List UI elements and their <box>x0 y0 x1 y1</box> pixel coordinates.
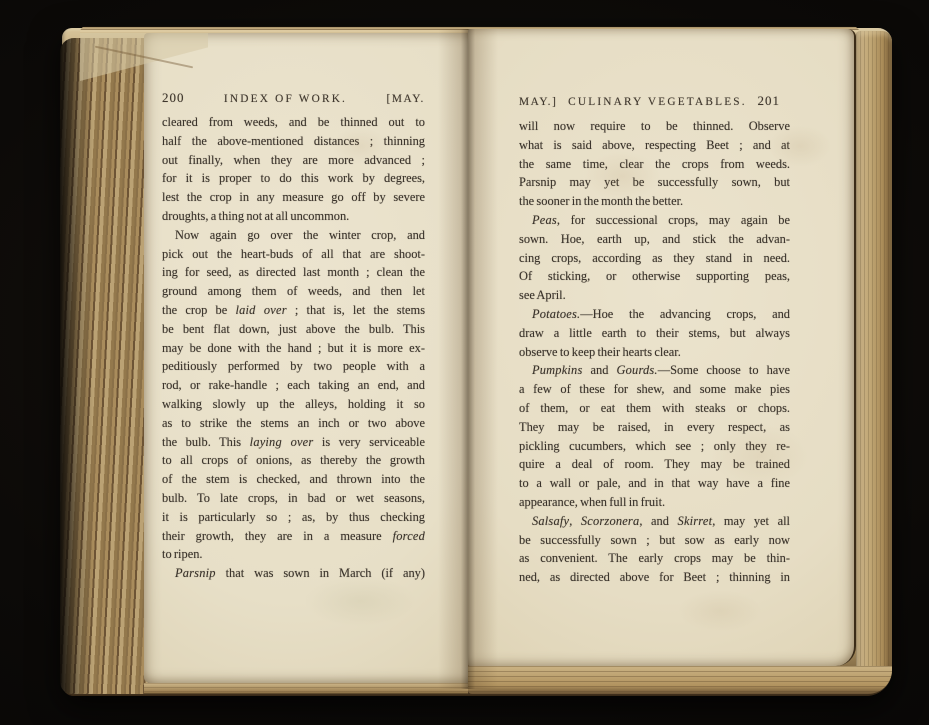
text-line: the bulb. This laying over is very servi… <box>162 433 425 452</box>
text-line: observe to keep their hearts clear. <box>519 343 790 362</box>
text-line: as to strike the stems an inch or two ab… <box>162 414 425 433</box>
left-deckle-edge <box>60 38 148 694</box>
open-book: 200 INDEX OF WORK. [MAY. cleared from we… <box>60 26 894 698</box>
text-line: ned, as directed above for Beet ; thinni… <box>519 568 790 587</box>
right-page-number: 201 <box>757 93 780 109</box>
right-page: MAY.] CULINARY VEGETABLES. 201 will now … <box>468 29 856 666</box>
bottom-page-edges-right <box>468 666 892 694</box>
text-line: pick out the heart-buds of all that are … <box>162 245 425 264</box>
text-line: cing crops, according as they stand in n… <box>519 249 790 268</box>
text-line: cleared from weeds, and be thinned out t… <box>162 113 425 132</box>
photo-background: 200 INDEX OF WORK. [MAY. cleared from we… <box>0 0 929 725</box>
text-line: it is particularly so ; as, by thus chec… <box>162 508 425 527</box>
text-line: will now require to be thinned. Observe <box>519 117 790 136</box>
text-line: to all crops of onions, as thereby the g… <box>162 451 425 470</box>
text-line: Of sticking, or otherwise supporting pea… <box>519 267 790 286</box>
text-line: They may be raised, in every respect, as <box>519 418 790 437</box>
book-gutter-shadow <box>438 29 498 689</box>
text-line: what is said above, respecting Beet ; an… <box>519 136 790 155</box>
text-line: appearance, when full in fruit. <box>519 493 790 512</box>
text-line: be successfully sown ; but sow as early … <box>519 531 790 550</box>
text-line: Parsnip that was sown in March (if any) <box>162 564 425 583</box>
text-line: be bent flat down, just above the bulb. … <box>162 320 425 339</box>
text-line: a few of these for shew, and some make p… <box>519 380 790 399</box>
text-line: the sooner in the month the better. <box>519 192 790 211</box>
text-line: rod, or rake-handle ; each taking an end… <box>162 376 425 395</box>
text-line: Now again go over the winter crop, and <box>162 226 425 245</box>
text-line: lest the crop in any measure go off by s… <box>162 188 425 207</box>
left-page-header: 200 INDEX OF WORK. [MAY. <box>162 90 425 106</box>
text-line: for it is proper to do this work by degr… <box>162 169 425 188</box>
text-line: of the stem is checked, and thrown into … <box>162 470 425 489</box>
right-fore-edge <box>856 31 892 689</box>
text-line: Pumpkins and Gourds.—Some choose to have <box>519 361 790 380</box>
text-line: ing for seed, as directed last month ; c… <box>162 263 425 282</box>
text-line: ground among them of weeds, and then let <box>162 282 425 301</box>
text-line: draw a little earth to their stems, but … <box>519 324 790 343</box>
right-page-header: MAY.] CULINARY VEGETABLES. 201 <box>519 93 780 109</box>
text-line: droughts, a thing not at all uncommon. <box>162 207 425 226</box>
text-line: walking slowly up the alleys, holding it… <box>162 395 425 414</box>
right-page-text: will now require to be thinned. Observew… <box>519 117 790 587</box>
text-line: as convenient. The early crops may be th… <box>519 549 790 568</box>
text-line: Peas, for successional crops, may again … <box>519 211 790 230</box>
text-line: the crop be laid over ; that is, let the… <box>162 301 425 320</box>
text-line: peditiously performed by two people with… <box>162 357 425 376</box>
text-line: Parsnip may yet be successfully sown, bu… <box>519 173 790 192</box>
text-line: the same time, clear the crops from weed… <box>519 155 790 174</box>
right-month-label: MAY.] <box>519 96 557 108</box>
text-line: may be done with the hand ; but it is mo… <box>162 339 425 358</box>
text-line: out finally, when they are more advanced… <box>162 151 425 170</box>
left-page-number: 200 <box>162 90 185 106</box>
bottom-page-edges-left <box>144 683 468 694</box>
text-line: Salsafy, Scorzonera, and Skirret, may ye… <box>519 512 790 531</box>
right-running-title: CULINARY VEGETABLES. <box>568 96 747 108</box>
left-running-title: INDEX OF WORK. <box>224 93 347 105</box>
left-month-label: [MAY. <box>387 93 425 105</box>
text-line: their growth, they are in a measure forc… <box>162 527 425 546</box>
text-line: of them, or eat them with steaks or chop… <box>519 399 790 418</box>
text-line: to ripen. <box>162 545 425 564</box>
text-line: Potatoes.—Hoe the advancing crops, and <box>519 305 790 324</box>
left-page: 200 INDEX OF WORK. [MAY. cleared from we… <box>144 33 468 683</box>
text-line: see April. <box>519 286 790 305</box>
text-line: bulb. To late crops, in bad or wet seaso… <box>162 489 425 508</box>
text-line: to a wall or pale, and in that way have … <box>519 474 790 493</box>
text-line: pickling cucumbers, which see ; only the… <box>519 437 790 456</box>
text-line: half the above-mentioned distances ; thi… <box>162 132 425 151</box>
left-page-text: cleared from weeds, and be thinned out t… <box>162 113 425 583</box>
text-line: sown. Hoe, earth up, and stick the advan… <box>519 230 790 249</box>
text-line: quire a deal of room. They may be traine… <box>519 455 790 474</box>
